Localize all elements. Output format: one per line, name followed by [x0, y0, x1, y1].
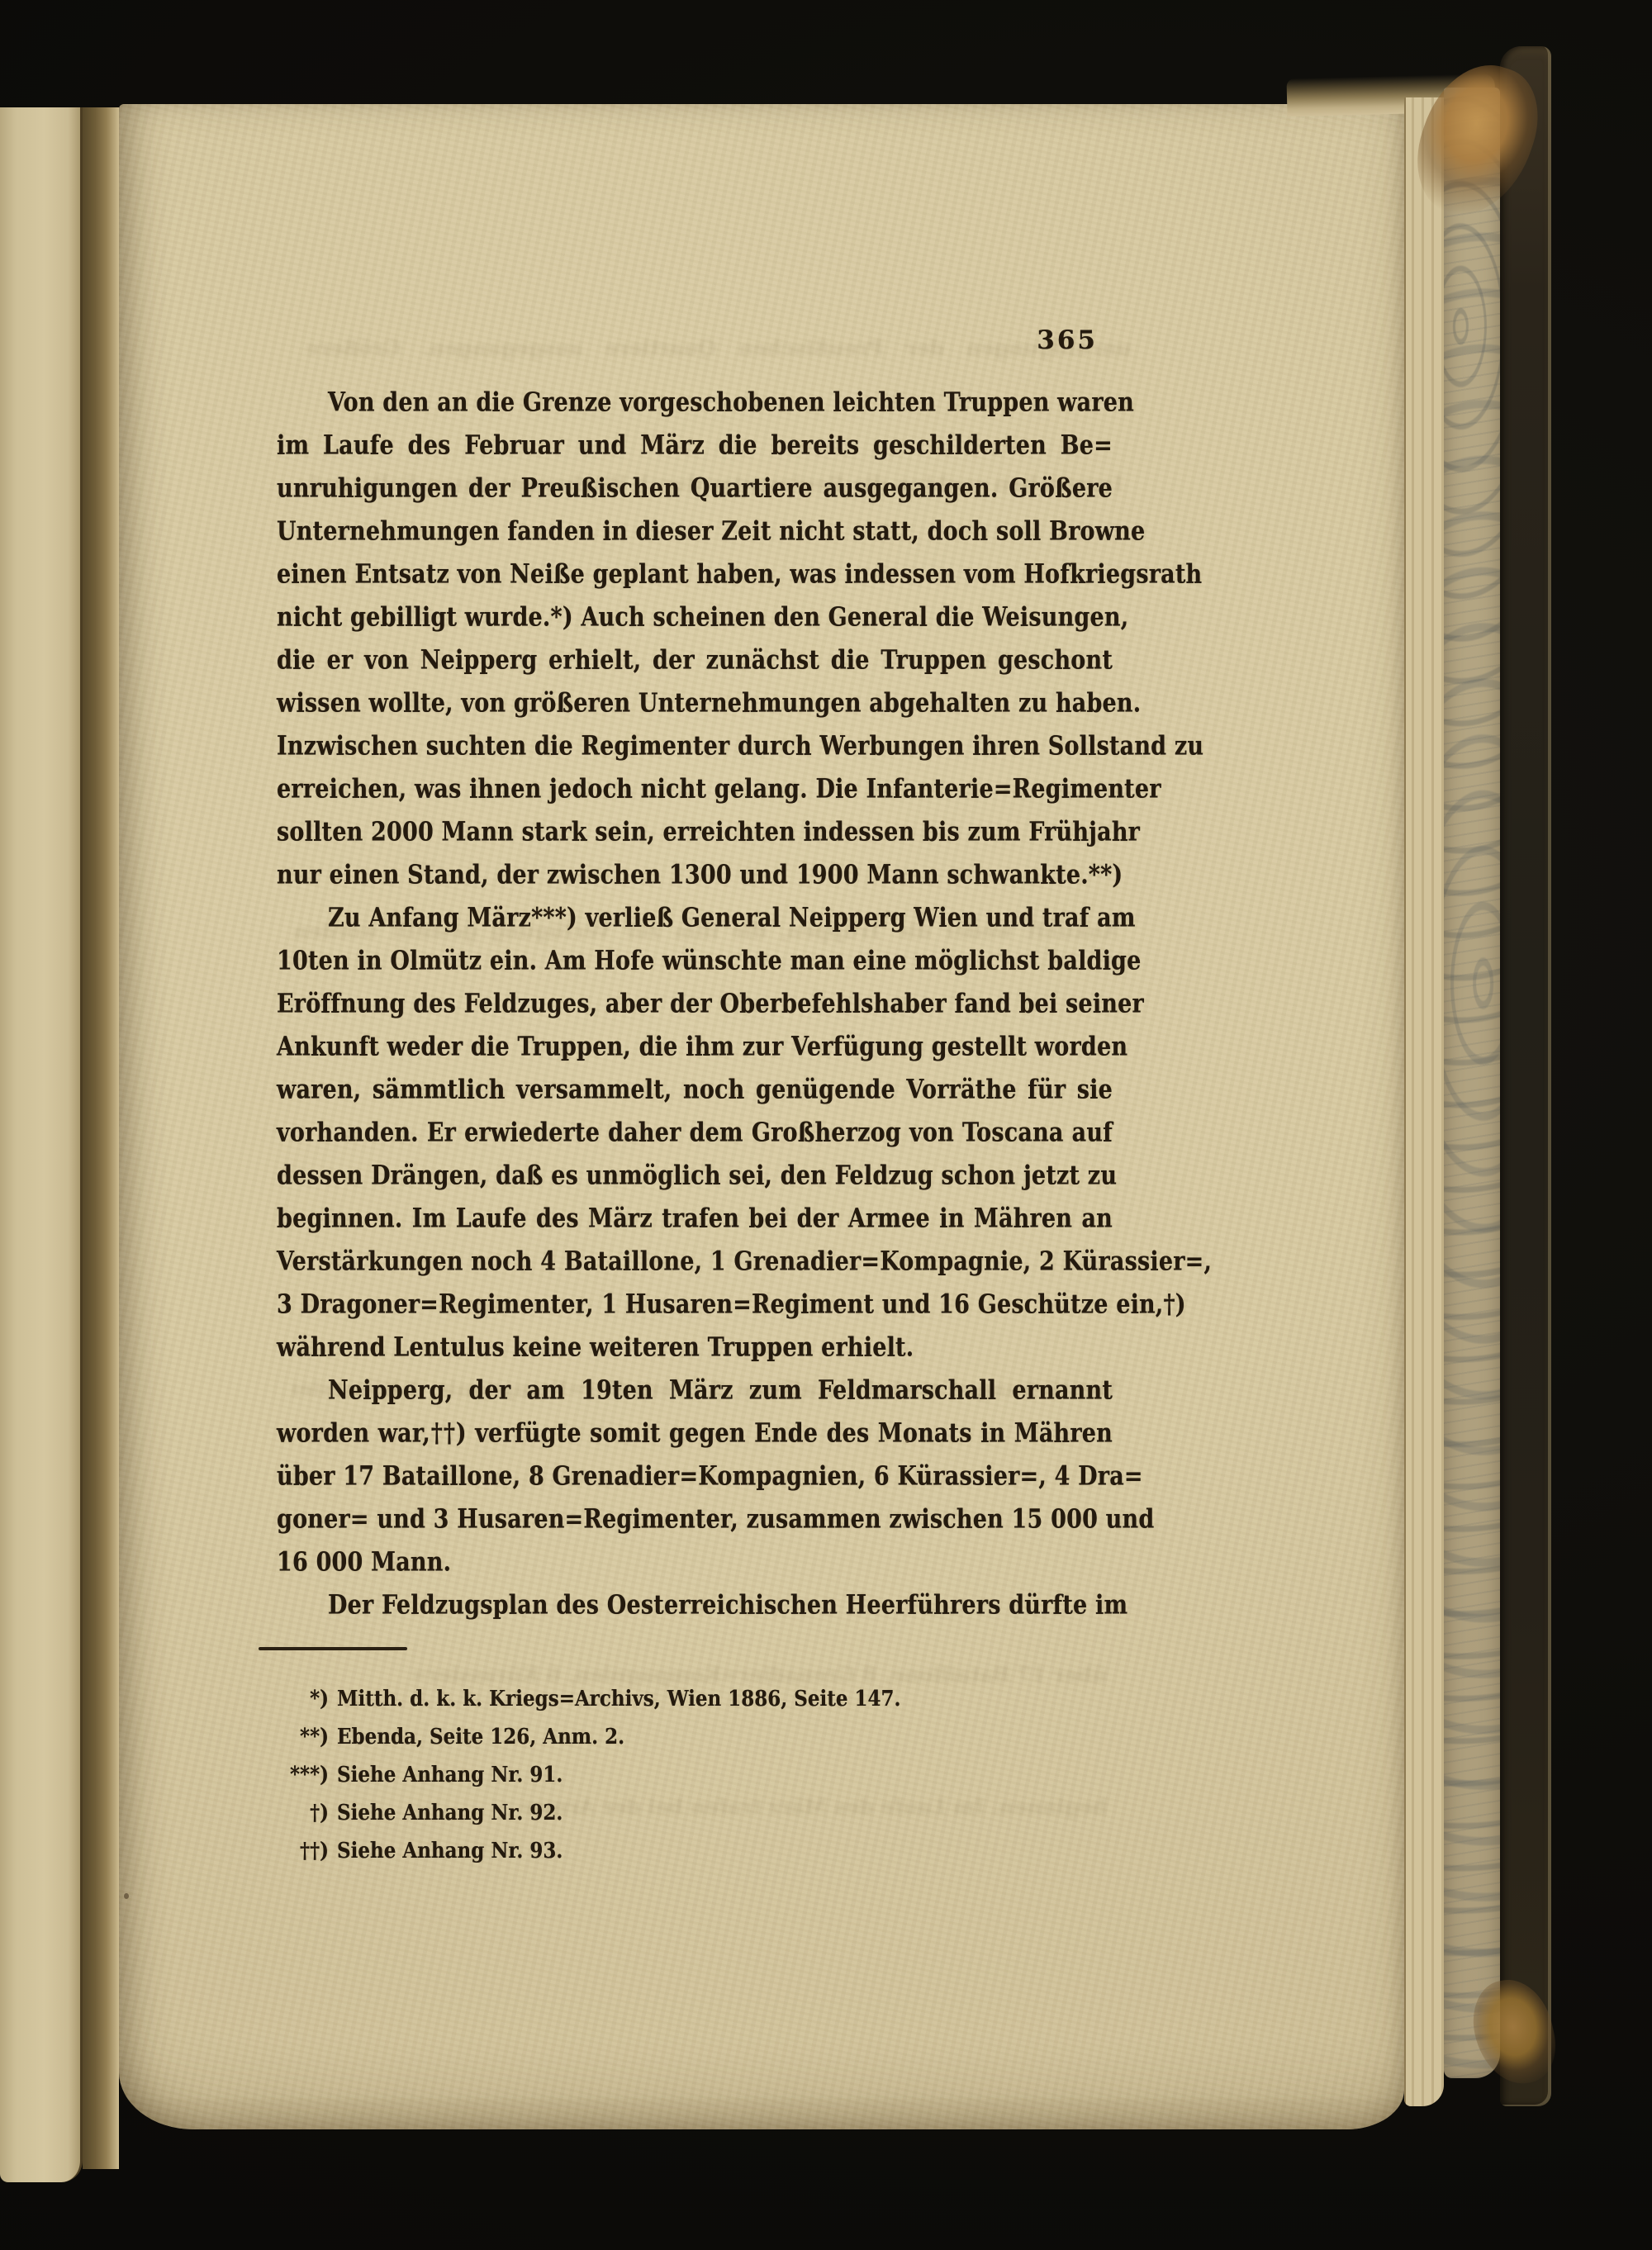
footnote-text: Mitth. d. k. k. Kriegs=Archivs, Wien 188…: [337, 1678, 901, 1721]
footnote: ***) Siehe Anhang Nr. 91.: [165, 1754, 1041, 1797]
body-text: Von den an die Grenze vorgeschobenen lei…: [277, 382, 1113, 1627]
footnote-text: Ebenda, Seite 126, Anm. 2.: [337, 1716, 624, 1759]
paper-speck: [905, 1439, 909, 1443]
page-number: 365: [277, 325, 1113, 355]
sheet-edges: [1404, 97, 1444, 2106]
paper-speck: [124, 1893, 129, 1899]
book-cover: [1500, 46, 1551, 2106]
book-scan: unruhigungen der Preußischen Quartiere a…: [0, 0, 1652, 2250]
footnote-rule: [259, 1647, 407, 1650]
text-line: Der Feldzugsplan des Oesterreichischen H…: [277, 1581, 1113, 1631]
adjacent-page-edge: [0, 107, 83, 2182]
footnote-marker: **): [165, 1716, 329, 1759]
footnote-text: Siehe Anhang Nr. 92.: [337, 1792, 563, 1835]
footnote-text: Siehe Anhang Nr. 93.: [337, 1830, 563, 1873]
footnote: *) Mitth. d. k. k. Kriegs=Archivs, Wien …: [165, 1678, 1041, 1721]
footnote-marker: *): [165, 1678, 329, 1721]
footnote-marker: ††): [165, 1830, 329, 1873]
footnote-marker: ***): [165, 1754, 329, 1797]
gutter-shadow: [83, 107, 119, 2169]
footnote: †) Siehe Anhang Nr. 92.: [165, 1792, 1041, 1835]
footnote-text: Siehe Anhang Nr. 91.: [337, 1754, 563, 1797]
footnote: ††) Siehe Anhang Nr. 93.: [165, 1830, 1041, 1873]
footnotes: *) Mitth. d. k. k. Kriegs=Archivs, Wien …: [165, 1680, 1041, 1870]
footnote: **) Ebenda, Seite 126, Anm. 2.: [165, 1716, 1041, 1759]
footnote-marker: †): [165, 1792, 329, 1835]
fore-edge-marble: [1444, 88, 1500, 2078]
